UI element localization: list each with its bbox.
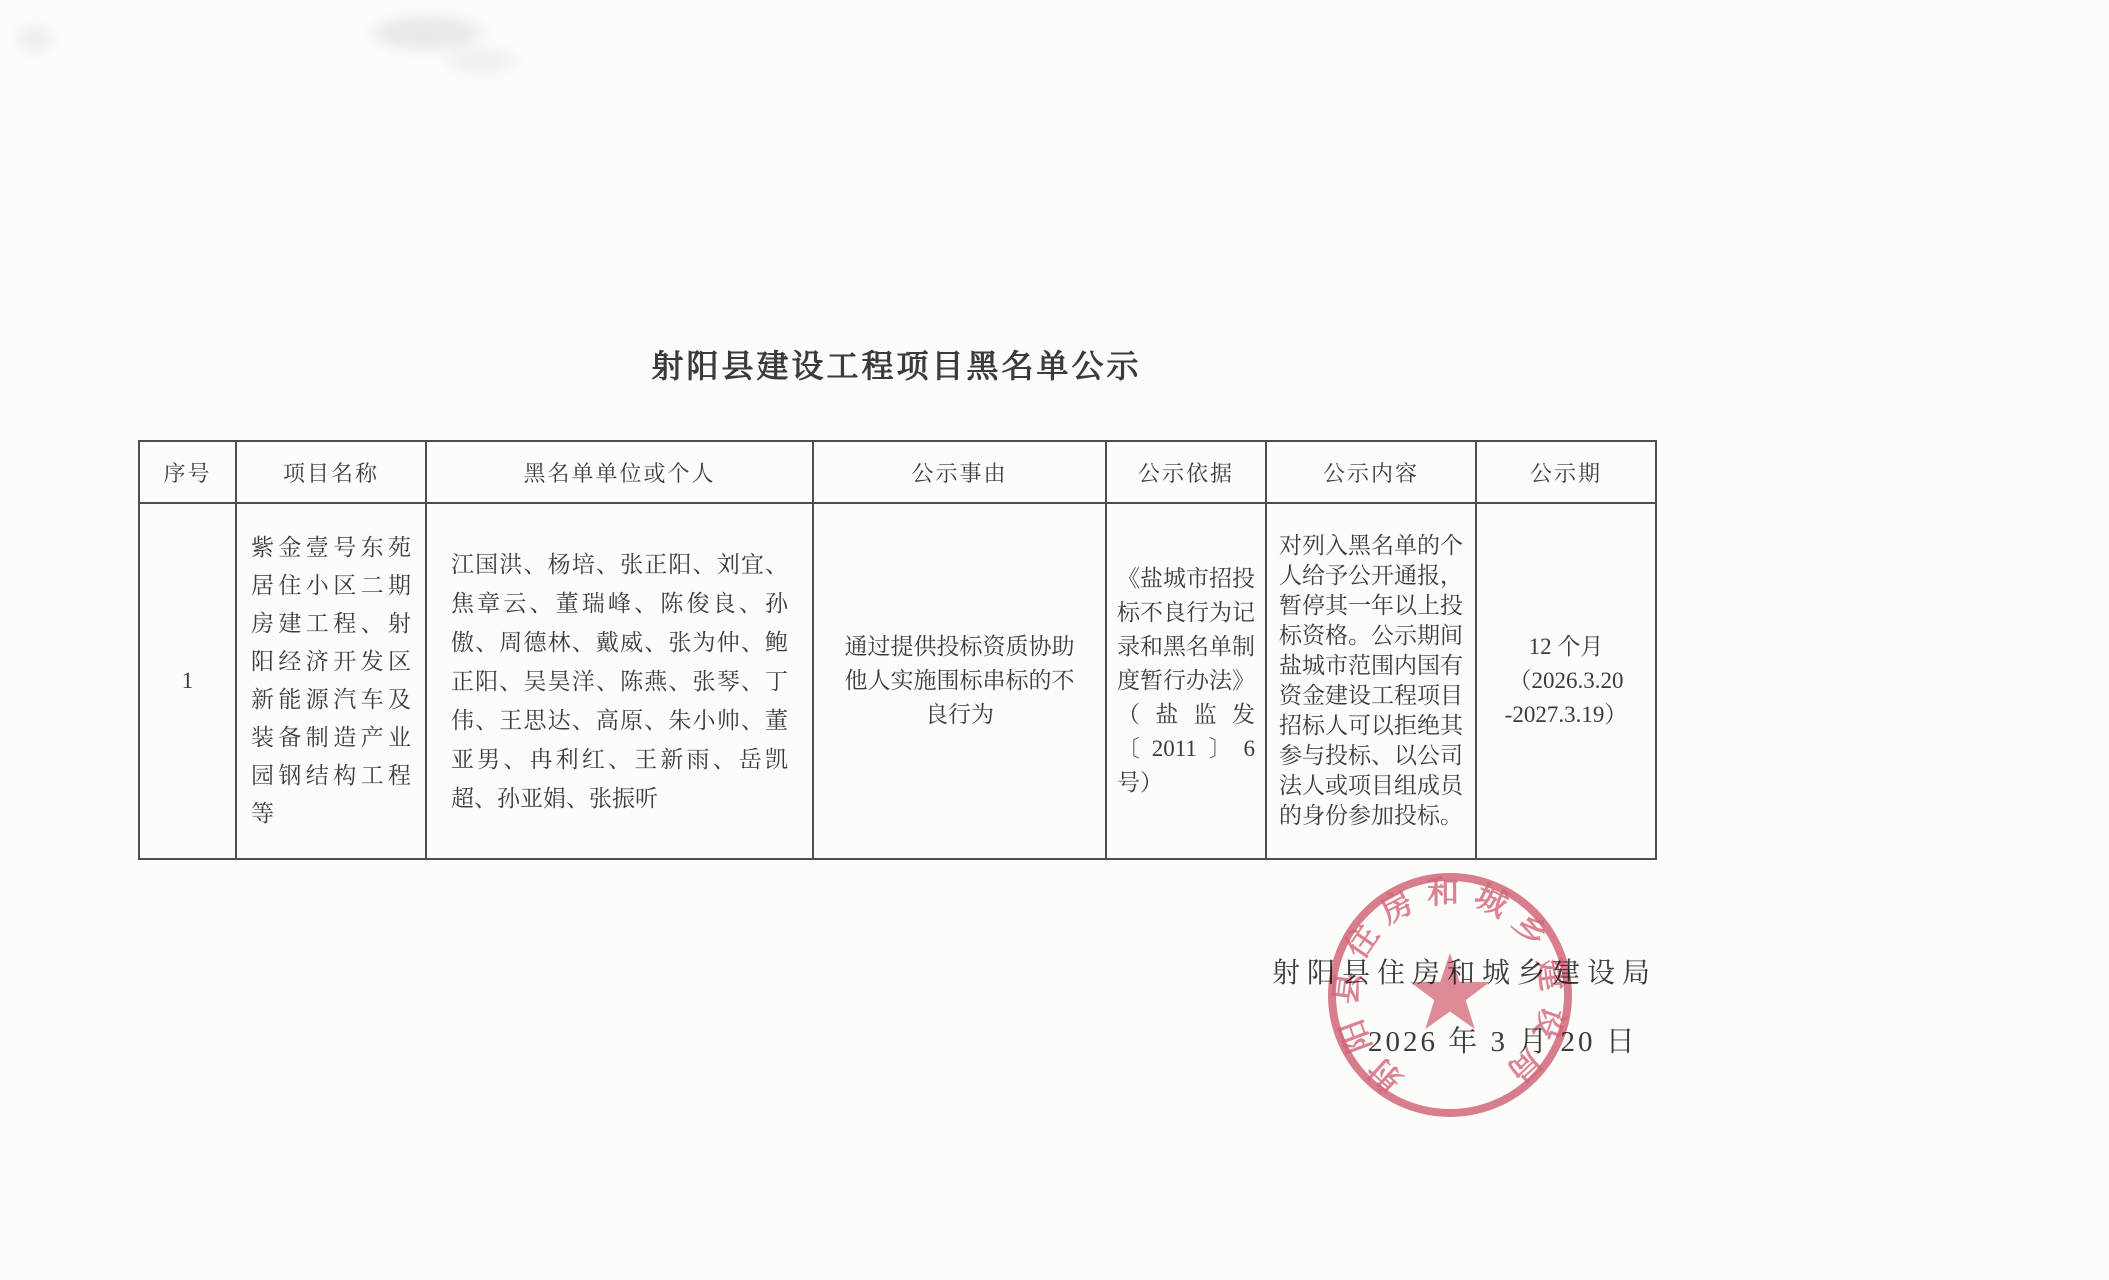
scan-smudge — [18, 26, 52, 52]
table-row: 1 紫金壹号东苑居住小区二期房建工程、射阳经济开发区新能源汽车及装备制造产业园钢… — [139, 503, 1656, 859]
official-seal-stamp: 射阳县住房和城乡建设局 — [1322, 867, 1578, 1123]
cell-publicity-reason: 通过提供投标资质协助他人实施围标串标的不良行为 — [813, 503, 1106, 859]
cell-publicity-content: 对列入黑名单的个人给予公开通报，暂停其一年以上投标资格。公示期间盐城市范围内国有… — [1266, 503, 1476, 859]
header-serial-number: 序号 — [139, 441, 236, 503]
scanned-document-page: 射阳县建设工程项目黑名单公示 序号 项目名称 黑名单单位或个人 公示事由 公示依… — [0, 0, 2109, 1280]
page-title: 射阳县建设工程项目黑名单公示 — [138, 341, 1655, 387]
scan-smudge — [446, 50, 516, 72]
cell-publicity-period: 12 个月 （2026.3.20 -2027.3.19） — [1476, 503, 1656, 859]
issuer-name: 射阳县住房和城乡建设局 — [1272, 951, 1657, 991]
header-blacklisted-parties: 黑名单单位或个人 — [426, 441, 813, 503]
blacklist-table: 序号 项目名称 黑名单单位或个人 公示事由 公示依据 公示内容 公示期 1 紫金… — [138, 440, 1657, 860]
issue-date: 2026 年 3 月 20 日 — [1368, 1019, 1638, 1060]
header-publicity-reason: 公示事由 — [813, 441, 1106, 503]
cell-publicity-basis: 《盐城市招投标不良行为记录和黑名单制度暂行办法》（盐监发〔2011〕6 号） — [1106, 503, 1266, 859]
header-publicity-period: 公示期 — [1476, 441, 1656, 503]
table-header-row: 序号 项目名称 黑名单单位或个人 公示事由 公示依据 公示内容 公示期 — [139, 441, 1656, 503]
cell-project-name: 紫金壹号东苑居住小区二期房建工程、射阳经济开发区新能源汽车及装备制造产业园钢结构… — [236, 503, 426, 859]
header-publicity-content: 公示内容 — [1266, 441, 1476, 503]
cell-blacklisted-parties: 江国洪、杨培、张正阳、刘宜、焦章云、董瑞峰、陈俊良、孙傲、周德林、戴威、张为仲、… — [426, 503, 813, 859]
seal-ring — [1332, 877, 1568, 1113]
header-publicity-basis: 公示依据 — [1106, 441, 1266, 503]
header-project-name: 项目名称 — [236, 441, 426, 503]
cell-serial-number: 1 — [139, 503, 236, 859]
scan-smudge — [372, 16, 482, 50]
